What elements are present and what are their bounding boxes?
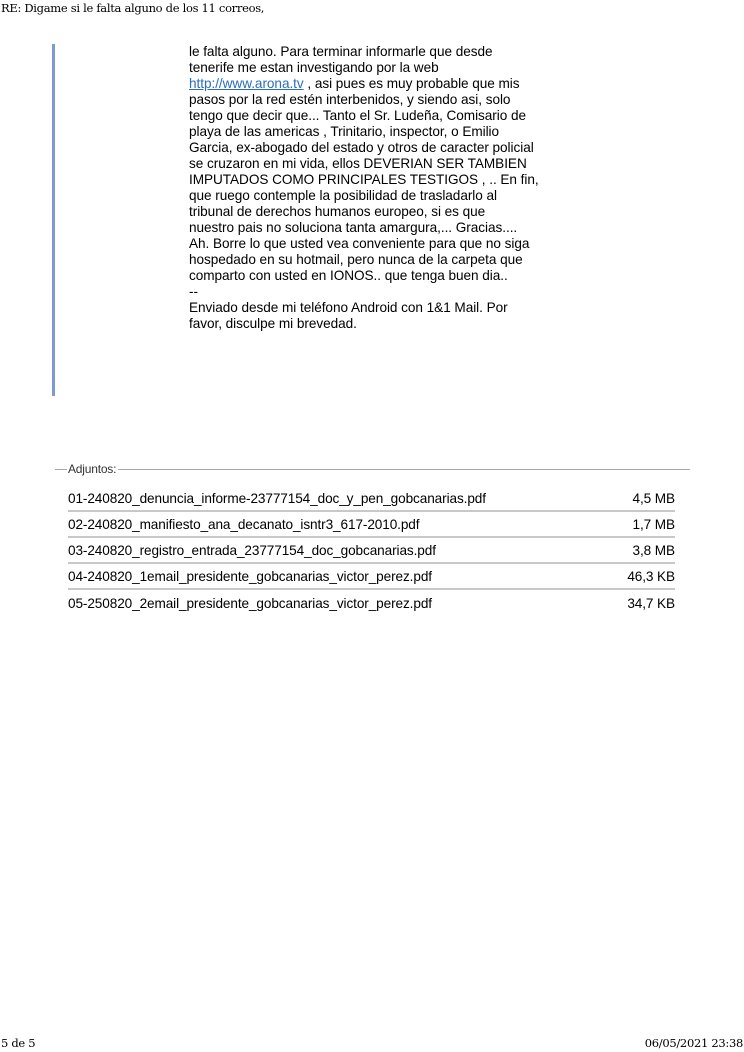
attachment-name[interactable]: 01-240820_denuncia_informe-23777154_doc_… [68, 491, 486, 506]
message-line-with-link: http://www.arona.tv , asi pues es muy pr… [189, 76, 569, 92]
message-line: tribunal de derechos humanos europeo, si… [189, 204, 569, 220]
attachment-item[interactable]: 01-240820_denuncia_informe-23777154_doc_… [68, 487, 675, 512]
print-datetime: 06/05/2021 23:38 [645, 1036, 743, 1050]
attachment-item[interactable]: 05-250820_2email_presidente_gobcanarias_… [68, 590, 675, 616]
page-header-title: RE: Digame si le falta alguno de los 11 … [1, 1, 264, 15]
link-suffix-text: , asi pues es muy probable que mis [304, 76, 520, 91]
message-line: se cruzaron en mi vida, ellos DEVERIAN S… [189, 156, 569, 172]
message-line: hospedado en su hotmail, pero nunca de l… [189, 252, 569, 268]
message-line: tenerife me estan investigando por la we… [189, 60, 569, 76]
page-number: 5 de 5 [1, 1036, 35, 1050]
signature-line: favor, disculpe mi brevedad. [189, 316, 569, 332]
message-line: Garcia, ex-abogado del estado y otros de… [189, 140, 569, 156]
attachment-size: 46,3 KB [627, 569, 675, 584]
attachment-name[interactable]: 03-240820_registro_entrada_23777154_doc_… [68, 543, 436, 558]
attachment-name[interactable]: 02-240820_manifiesto_ana_decanato_isntr3… [68, 517, 419, 532]
attachment-name[interactable]: 05-250820_2email_presidente_gobcanarias_… [68, 596, 432, 611]
quote-bar [52, 44, 55, 396]
attachment-size: 4,5 MB [633, 491, 675, 506]
message-line: le falta alguno. Para terminar informarl… [189, 44, 569, 60]
arona-link[interactable]: http://www.arona.tv [189, 76, 304, 91]
attachments-divider [55, 469, 690, 470]
message-body: le falta alguno. Para terminar informarl… [189, 44, 569, 332]
message-line: que ruego contemple la posibilidad de tr… [189, 188, 569, 204]
message-line: comparto con usted en IONOS.. que tenga … [189, 268, 569, 284]
attachment-size: 3,8 MB [633, 543, 675, 558]
message-line: nuestro pais no soluciona tanta amargura… [189, 220, 569, 236]
attachment-list: 01-240820_denuncia_informe-23777154_doc_… [68, 487, 675, 616]
attachment-size: 1,7 MB [633, 517, 675, 532]
message-line: playa de las americas , Trinitario, insp… [189, 124, 569, 140]
message-line: pasos por la red estén interbenidos, y s… [189, 92, 569, 108]
attachment-item[interactable]: 03-240820_registro_entrada_23777154_doc_… [68, 538, 675, 564]
attachment-name[interactable]: 04-240820_1email_presidente_gobcanarias_… [68, 569, 432, 584]
signature-line: Enviado desde mi teléfono Android con 1&… [189, 300, 569, 316]
attachment-item[interactable]: 04-240820_1email_presidente_gobcanarias_… [68, 564, 675, 590]
attachment-item[interactable]: 02-240820_manifiesto_ana_decanato_isntr3… [68, 512, 675, 538]
message-line: tengo que decir que... Tanto el Sr. Lude… [189, 108, 569, 124]
signature-separator: -- [189, 284, 569, 300]
attachment-size: 34,7 KB [627, 596, 675, 611]
attachments-legend: Adjuntos: [67, 462, 118, 476]
message-line: Ah. Borre lo que usted vea conveniente p… [189, 236, 569, 252]
message-line: IMPUTADOS COMO PRINCIPALES TESTIGOS , ..… [189, 172, 569, 188]
